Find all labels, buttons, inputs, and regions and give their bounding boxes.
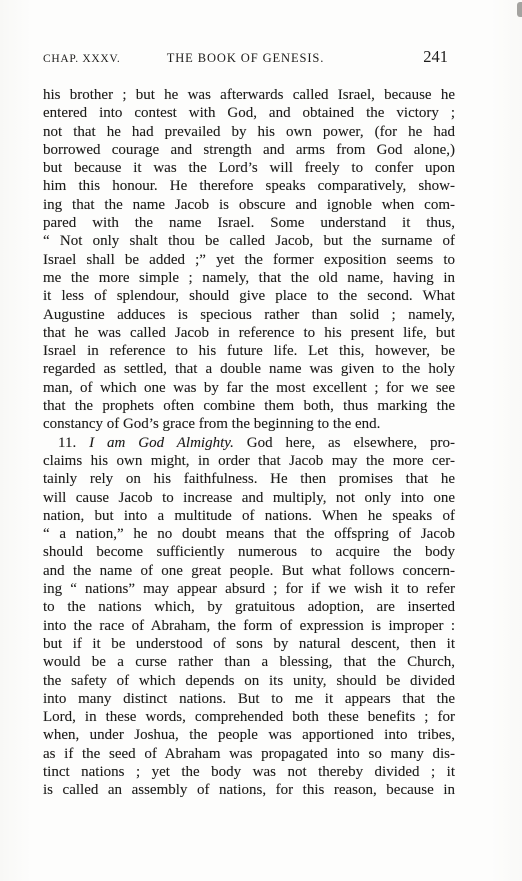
text-line: “ a nation,” he no doubt means that the … bbox=[43, 525, 455, 543]
text-line: tinct nations ; yet the body was not the… bbox=[43, 763, 455, 781]
scan-artifact bbox=[517, 2, 522, 17]
section-number: 11. bbox=[58, 435, 76, 451]
text-line: ing that the name Jacob is obscure and i… bbox=[43, 196, 455, 214]
text-line: claims his own might, in order that Jaco… bbox=[43, 452, 455, 470]
text-line: tainly rely on his faithfulness. He then… bbox=[43, 470, 455, 488]
text-line: me the more simple ; namely, that the ol… bbox=[43, 269, 455, 287]
body-text: his brother ; but he was afterwards call… bbox=[43, 86, 455, 800]
text-line: the safety of which depends on its unity… bbox=[43, 672, 455, 690]
running-header: CHAP. XXXV. THE BOOK OF GENESIS. 241 bbox=[43, 47, 455, 67]
text-line: constancy of God’s grace from the beginn… bbox=[43, 415, 455, 433]
text-line: 11. I am God Almighty. God here, as else… bbox=[43, 434, 455, 452]
italic-phrase: I am God Almighty. bbox=[89, 435, 234, 451]
text-line: nation, but into a multitude of nations.… bbox=[43, 507, 455, 525]
text-line: Augustine adduces is specious rather tha… bbox=[43, 306, 455, 324]
text-line: that he was called Jacob in reference to… bbox=[43, 324, 455, 342]
paragraph-2-lines: claims his own might, in order that Jaco… bbox=[43, 452, 455, 800]
text-line: him this honour. He therefore speaks com… bbox=[43, 177, 455, 195]
text-line: would be a curse rather than a blessing,… bbox=[43, 653, 455, 671]
text-line: Lord, in these words, comprehended both … bbox=[43, 708, 455, 726]
text-line: not that he had prevailed by his own pow… bbox=[43, 123, 455, 141]
page-number: 241 bbox=[330, 47, 455, 67]
text-line: that the prophets often combine them bot… bbox=[43, 397, 455, 415]
text-line: should become sufficiently numerous to a… bbox=[43, 543, 455, 561]
chapter-label: CHAP. XXXV. bbox=[43, 53, 161, 65]
paragraph-1: his brother ; but he was afterwards call… bbox=[43, 86, 455, 434]
text-line: Israel shall be added ;” yet the former … bbox=[43, 251, 455, 269]
text-line: his brother ; but he was afterwards call… bbox=[43, 86, 455, 104]
line-text: God here, as elsewhere, pro- bbox=[247, 435, 455, 451]
text-line: but if it be understood of sons by natur… bbox=[43, 635, 455, 653]
book-page: CHAP. XXXV. THE BOOK OF GENESIS. 241 his… bbox=[0, 0, 522, 881]
paragraph-2: 11. I am God Almighty. God here, as else… bbox=[43, 434, 455, 800]
text-line: and the name of one great people. But wh… bbox=[43, 562, 455, 580]
paragraph-1-lines: his brother ; but he was afterwards call… bbox=[43, 86, 455, 434]
text-line: into the race of Abraham, the form of ex… bbox=[43, 617, 455, 635]
text-line: it less of splendour, should give place … bbox=[43, 287, 455, 305]
text-line: pared with the name Israel. Some underst… bbox=[43, 214, 455, 232]
text-line: “ Not only shalt thou be called Jacob, b… bbox=[43, 232, 455, 250]
text-line: entered into contest with God, and obtai… bbox=[43, 104, 455, 122]
text-line: regarded as settled, that a double name … bbox=[43, 360, 455, 378]
text-line: into many distinct nations. But to me it… bbox=[43, 690, 455, 708]
running-title: THE BOOK OF GENESIS. bbox=[161, 51, 330, 66]
text-line: will cause Jacob to increase and multipl… bbox=[43, 489, 455, 507]
text-line: when, under Joshua, the people was appor… bbox=[43, 726, 455, 744]
text-line: man, of which one was by far the most ex… bbox=[43, 379, 455, 397]
text-line: Israel in reference to his future life. … bbox=[43, 342, 455, 360]
text-line: is called an assembly of nations, for th… bbox=[43, 781, 455, 799]
page-content: CHAP. XXXV. THE BOOK OF GENESIS. 241 his… bbox=[43, 47, 455, 800]
text-line: as if the seed of Abraham was propagated… bbox=[43, 745, 455, 763]
text-line: but because it was the Lord’s will freel… bbox=[43, 159, 455, 177]
text-line: to the nations which, by gratuitous adop… bbox=[43, 598, 455, 616]
text-line: borrowed courage and strength and arms f… bbox=[43, 141, 455, 159]
text-line: ing “ nations” may appear absurd ; for i… bbox=[43, 580, 455, 598]
